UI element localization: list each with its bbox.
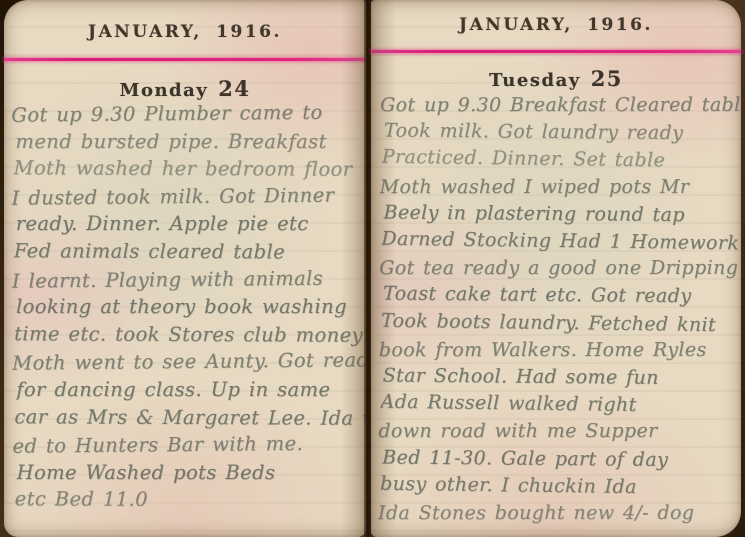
entry-line: Star School. Had some fun — [383, 362, 743, 392]
entry-line: Got up 9.30 Breakfast Cleared table — [380, 92, 740, 120]
entry-line: I dusted took milk. Got Dinner — [11, 181, 363, 212]
entry-line: busy other. I chuckin Ida — [380, 471, 740, 503]
diary-page-left: JANUARY, 1916. Monday24 Got up 9.30 Plum… — [4, 0, 366, 537]
entry-line: looking at theory book washing — [16, 293, 368, 321]
day-number-left: 24 — [218, 76, 250, 101]
diary-entry-right: Got up 9.30 Breakfast Cleared table Took… — [378, 91, 740, 528]
diary-entry-left: Got up 9.30 Plumber came to mend bursted… — [11, 99, 364, 514]
entry-line: down road with me Supper — [378, 418, 738, 446]
entry-line: car as Mrs & Margaret Lee. Ida walk — [14, 403, 366, 432]
entry-line: Got up 9.30 Plumber came to — [11, 98, 363, 129]
entry-line: time etc. took Stores club money — [14, 320, 366, 349]
entry-line: for dancing class. Up in same — [16, 376, 368, 404]
day-name-left: Monday — [120, 80, 209, 101]
entry-line: Beely in plastering round tap — [383, 199, 743, 229]
entry-line: Ida Stones bought new 4/- dog — [378, 500, 738, 528]
diary-photo: JANUARY, 1916. Monday24 Got up 9.30 Plum… — [0, 0, 745, 537]
entry-line: Toast cake tart etc. Got ready — [383, 281, 743, 311]
day-name-right: Tuesday — [489, 70, 581, 91]
entry-line: Took boots laundry. Fetched knit — [381, 307, 741, 339]
entry-line: Darned Stocking Had 1 Homework — [381, 226, 741, 258]
entry-line: etc Bed 11.0 — [15, 486, 367, 515]
entry-line: ready. Dinner. Apple pie etc — [16, 210, 368, 238]
pink-rule-left — [4, 58, 366, 61]
entry-line: Home Washed pots Beds — [17, 459, 369, 487]
day-heading-right: Tuesday25 — [371, 66, 741, 91]
entry-line: book from Walkers. Home Ryles — [379, 337, 739, 365]
entry-line: mend bursted pipe. Breakfast — [15, 128, 367, 156]
entry-line: ed to Hunters Bar with me. — [12, 429, 364, 460]
month-header-left: JANUARY, 1916. — [4, 22, 366, 42]
entry-line: Got tea ready a good one Dripping — [379, 255, 739, 283]
entry-line: Practiced. Dinner. Set table — [382, 144, 742, 176]
pink-rule-right — [371, 50, 741, 53]
diary-page-right: JANUARY, 1916. Tuesday25 Got up 9.30 Bre… — [371, 0, 741, 537]
entry-line: Fed animals cleared table — [14, 237, 366, 266]
entry-line: Bed 11-30. Gale part of day — [382, 444, 742, 474]
month-header-right: JANUARY, 1916. — [371, 15, 741, 35]
day-number-right: 25 — [591, 66, 623, 91]
entry-line: Moth went to see Aunty. Got ready — [12, 347, 364, 378]
entry-line: Moth washed I wiped pots Mr — [380, 173, 740, 201]
entry-line: Moth washed her bedroom floor — [13, 154, 365, 183]
entry-line: Ada Russell walked right — [380, 389, 740, 421]
entry-line: I learnt. Playing with animals — [12, 264, 364, 295]
day-heading-left: Monday24 — [4, 76, 366, 101]
